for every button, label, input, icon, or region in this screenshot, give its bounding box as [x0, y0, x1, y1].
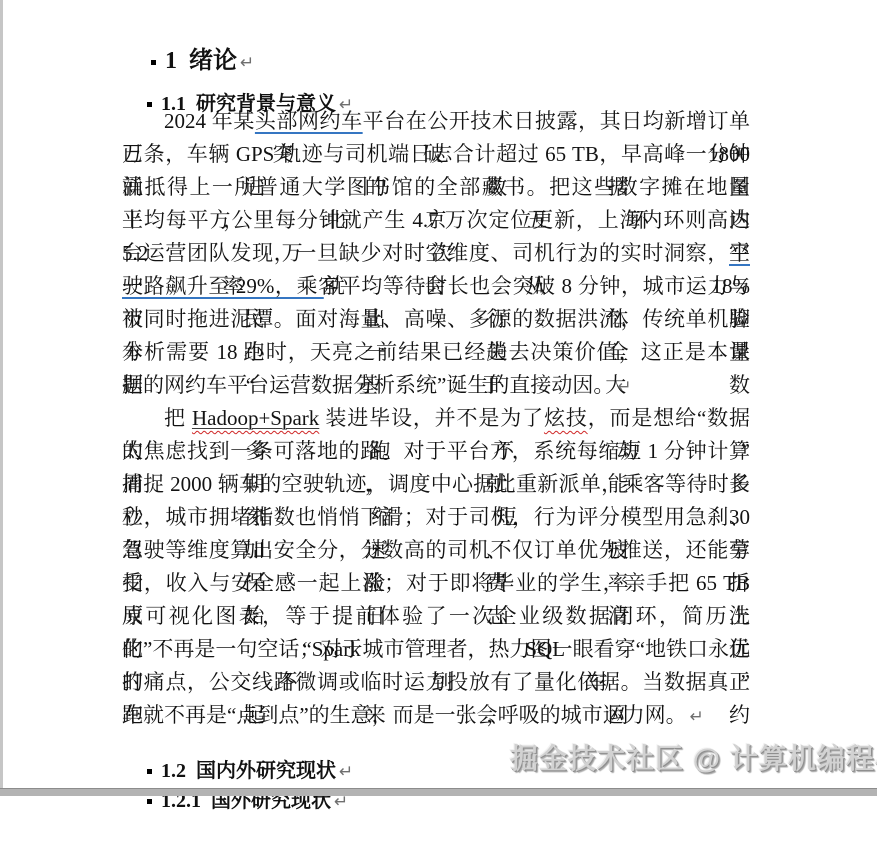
text-run: 据的网约车平台运营数据分析系统”诞生的直接动因。 [122, 373, 614, 397]
text-run: 装进毕设，并不是为了 [319, 406, 544, 430]
paragraph-mark-icon: ↵ [617, 377, 631, 397]
paragraph-background: 2024 年某头部网约车平台在公开技术日披露，其日均新增订单已突破 1800万条… [122, 105, 750, 402]
document-page[interactable]: 1 绪论↵ 1.1 研究背景与意义↵ 2024 年某头部网约车平台在公开技术日披… [0, 0, 877, 795]
text-line: 成可视化图表，等于提前体验了一次企业级数据闭环，简历上的“Spark SQL 优 [122, 600, 750, 633]
text-run: 把 [164, 406, 192, 430]
text-line: 捕捉 2000 辆车的空驶轨迹，调度中心据此重新派单，乘客等待时长立刻缩短 30 [122, 468, 750, 501]
window-bottom-strip [0, 788, 877, 795]
text-run: 车就不再是“点到点”的生意，而是一张会呼吸的城市运力网。 [122, 703, 687, 727]
text-line: 万条，车辆 GPS 轨迹与司机端日志合计超过 65 TB，早高峰一分钟涌进的数据… [122, 138, 750, 171]
spellcheck-flagged-text: Hadoop+Spark [192, 406, 319, 430]
text-line: 分析需要 18 小时，天亮之前结果已经失去决策价值，这正是本课题“基于大数 [122, 336, 750, 369]
text-line: 的焦虑找到一条可落地的路。对于平台方，系统每缩短 1 分钟计算周期，就能多 [122, 435, 750, 468]
watermark: 掘金技术社区 @ 计算机编程小咖 [510, 737, 877, 777]
text-line: 台运营团队发现，一旦缺少对时空维度、司机行为的实时洞察，空驶率就会从 18% [122, 237, 750, 270]
text-line: 2024 年某头部网约车平台在公开技术日披露，其日均新增订单已突破 1800 [122, 105, 750, 138]
text-line: 秒，城市拥堵指数也悄悄下滑；对于司机，行为评分模型用急刹、急加速、疲劳 [122, 501, 750, 534]
text-line: 一路飙升至 29%，乘客平均等待时长也会突破 8 分钟，城市运力与市民出行体验 [122, 270, 750, 303]
text-line: 把 Hadoop+Spark 装进毕设，并不是为了炫技，而是想给“数据太多跑不动… [122, 402, 750, 435]
underlined-text: Hadoop+Spark [192, 406, 319, 430]
text-line: 就抵得上一所普通大学图书馆的全部藏书。把这些数字摊在地图上，北京五环内 [122, 171, 750, 204]
spellcheck-flagged-text: 炫技 [544, 406, 588, 430]
text-line: 化”不再是一句空话；对于城市管理者，热力图一眼看穿“地铁口永远打不到车” [122, 633, 750, 666]
grammar-flagged-text: 头部网约车 [255, 109, 363, 133]
text-line: 被同时拖进泥潭。面对海量、高噪、多源的数据洪流，传统单机脚本跑一趟全量 [122, 303, 750, 336]
paragraph-mark-icon: ↵ [690, 707, 704, 727]
text-line: 驾驶等维度算出安全分，分数高的司机不仅订单优先推送，还能享受保险费率折 [122, 534, 750, 567]
text-line: 的痛点，公交线路微调或临时运力投放有了量化依据。当数据真正跑起来，网约 [122, 666, 750, 699]
text-run: 2024 年某 [164, 109, 255, 133]
page-left-edge [0, 0, 3, 795]
text-run: 台运营团队发现，一旦缺少对时空维度、司机行为的实时洞察， [122, 241, 729, 265]
paragraph-motivation: 把 Hadoop+Spark 装进毕设，并不是为了炫技，而是想给“数据太多跑不动… [122, 402, 750, 732]
text-line: 平均每平方公里每分钟就产生 4.7 万次定位更新，上海内环则高达 5.2 万次。… [122, 204, 750, 237]
text-line: 车就不再是“点到点”的生意，而是一张会呼吸的城市运力网。↵ [122, 699, 750, 732]
text-line: 扣，收入与安全感一起上涨；对于即将毕业的学生，亲手把 65 TB 原始日志清洗 [122, 567, 750, 600]
